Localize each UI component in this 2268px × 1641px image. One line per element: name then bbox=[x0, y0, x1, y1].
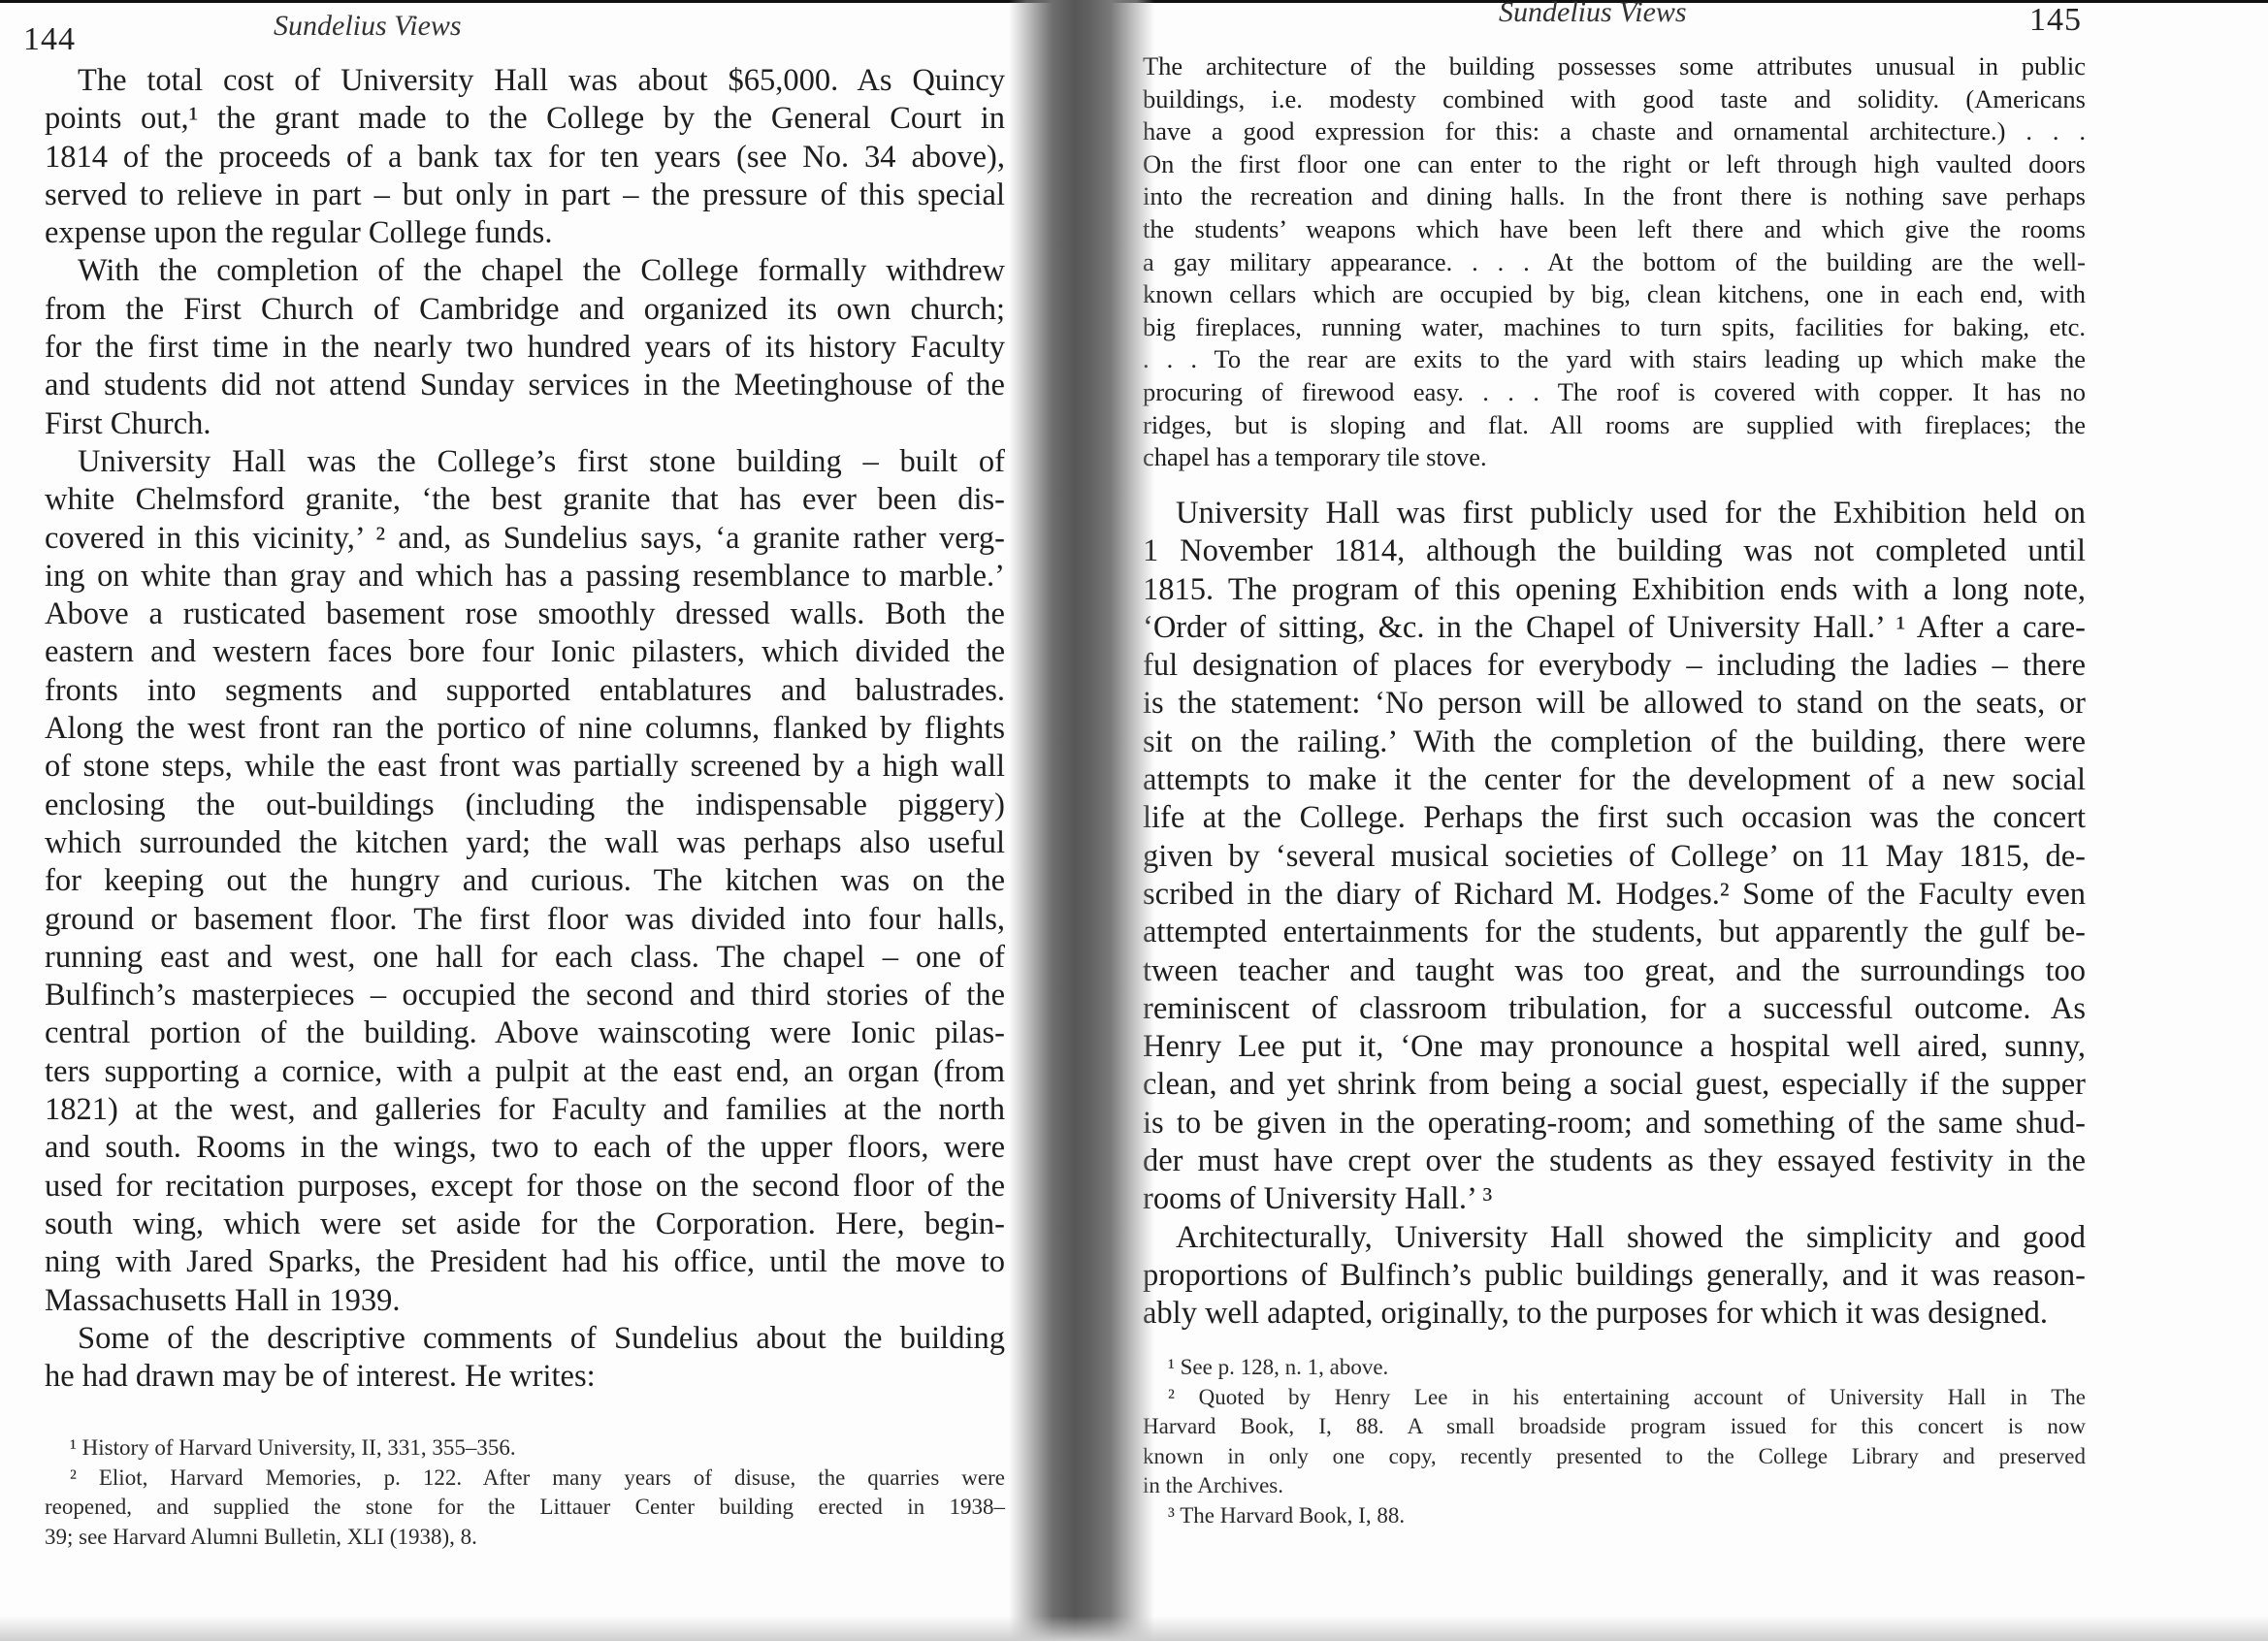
text-line: Henry Lee put it, ‘One may pronounce a h… bbox=[1143, 1028, 2086, 1066]
text-line: ground or basement floor. The first floo… bbox=[45, 901, 1005, 939]
text-line: tween teacher and taught was too great, … bbox=[1143, 952, 2086, 990]
text-line: given by ‘several musical societies of C… bbox=[1143, 838, 2086, 876]
text-line: attempted entertainments for the student… bbox=[1143, 914, 2086, 951]
text-line: and students did not attend Sunday servi… bbox=[45, 367, 1005, 404]
footnote-line: ³ The Harvard Book, I, 88. bbox=[1143, 1501, 2086, 1531]
block-quote: The architecture of the building possess… bbox=[1143, 50, 2086, 474]
text-line: enclosing the out-buildings (including t… bbox=[45, 787, 1005, 824]
text-line: used for recitation purposes, except for… bbox=[45, 1168, 1005, 1206]
footnote-line: ¹ See p. 128, n. 1, above. bbox=[1143, 1353, 2086, 1383]
text-line: Massachusetts Hall in 1939. bbox=[45, 1282, 1005, 1320]
text-line: fronts into segments and supported entab… bbox=[45, 672, 1005, 710]
text-line: and south. Rooms in the wings, two to ea… bbox=[45, 1129, 1005, 1167]
text-line: central portion of the building. Above w… bbox=[45, 1014, 1005, 1052]
text-line: sit on the railing.’ With the completion… bbox=[1143, 724, 2086, 761]
text-line: is to be given in the operating-room; an… bbox=[1143, 1105, 2086, 1142]
text-line: from the First Church of Cambridge and o… bbox=[45, 291, 1005, 329]
text-line: clean, and yet shrink from being a socia… bbox=[1143, 1066, 2086, 1104]
text-line: scribed in the diary of Richard M. Hodge… bbox=[1143, 876, 2086, 914]
text-line: big fireplaces, running water, machines … bbox=[1143, 311, 2086, 344]
text-line: University Hall was the College’s first … bbox=[45, 443, 1005, 481]
text-line: for the first time in the nearly two hun… bbox=[45, 329, 1005, 367]
text-line: buildings, i.e. modesty combined with go… bbox=[1143, 83, 2086, 116]
text-line: 1814 of the proceeds of a bank tax for t… bbox=[45, 139, 1005, 177]
text-line: eastern and western faces bore four Ioni… bbox=[45, 633, 1005, 671]
text-line: 1821) at the west, and galleries for Fac… bbox=[45, 1091, 1005, 1129]
footnote-line: known in only one copy, recently present… bbox=[1143, 1442, 2086, 1472]
text-line: expense upon the regular College funds. bbox=[45, 214, 1005, 252]
running-head: Sundelius Views bbox=[1499, 0, 1687, 29]
text-line: Architecturally, University Hall showed … bbox=[1143, 1219, 2086, 1257]
text-line: he had drawn may be of interest. He writ… bbox=[45, 1358, 1005, 1396]
text-line: ful designation of places for everybody … bbox=[1143, 647, 2086, 685]
text-line: of stone steps, while the east front was… bbox=[45, 748, 1005, 786]
text-line: rooms of University Hall.’ ³ bbox=[1143, 1180, 2086, 1218]
footnote-line: reopened, and supplied the stone for the… bbox=[45, 1493, 1005, 1523]
footnote-line: ² Eliot, Harvard Memories, p. 122. After… bbox=[45, 1464, 1005, 1494]
text-line: 1815. The program of this opening Exhibi… bbox=[1143, 571, 2086, 609]
footnote-line: ² Quoted by Henry Lee in his entertainin… bbox=[1143, 1383, 2086, 1413]
text-line: white Chelmsford granite, ‘the best gran… bbox=[45, 481, 1005, 519]
text-line: Bulfinch’s masterpieces – occupied the s… bbox=[45, 977, 1005, 1014]
right-page: Sundelius Views 145 The architecture of … bbox=[1125, 0, 2095, 1641]
text-line: der must have crept over the students as… bbox=[1143, 1142, 2086, 1180]
running-head: Sundelius Views bbox=[274, 10, 462, 43]
text-line: ters supporting a cornice, with a pulpit… bbox=[45, 1053, 1005, 1091]
footnotes: ¹ See p. 128, n. 1, above.² Quoted by He… bbox=[1143, 1353, 2086, 1530]
page-number: 144 bbox=[23, 21, 76, 58]
text-line: On the first floor one can enter to the … bbox=[1143, 148, 2086, 181]
text-line: ‘Order of sitting, &c. in the Chapel of … bbox=[1143, 609, 2086, 647]
footnote-line: Harvard Book, I, 88. A small broadside p… bbox=[1143, 1412, 2086, 1442]
text-line: With the completion of the chapel the Co… bbox=[45, 252, 1005, 290]
body-text: University Hall was first publicly used … bbox=[1143, 495, 2086, 1334]
footnote-line: in the Archives. bbox=[1143, 1471, 2086, 1501]
text-line: First Church. bbox=[45, 405, 1005, 443]
footnote-line: ¹ History of Harvard University, II, 331… bbox=[45, 1433, 1005, 1464]
text-line: for keeping out the hungry and curious. … bbox=[45, 862, 1005, 900]
text-line: ing on white than gray and which has a p… bbox=[45, 558, 1005, 595]
text-line: chapel has a temporary tile stove. bbox=[1143, 441, 2086, 474]
text-line: Above a rusticated basement rose smoothl… bbox=[45, 595, 1005, 633]
footnote-line: 39; see Harvard Alumni Bulletin, XLI (19… bbox=[45, 1523, 1005, 1553]
text-line: into the recreation and dining halls. In… bbox=[1143, 180, 2086, 213]
text-line: 1 November 1814, although the building w… bbox=[1143, 532, 2086, 570]
text-line: covered in this vicinity,’ ² and, as Sun… bbox=[45, 520, 1005, 558]
text-line: ably well adapted, originally, to the pu… bbox=[1143, 1295, 2086, 1333]
footnotes: ¹ History of Harvard University, II, 331… bbox=[45, 1433, 1005, 1552]
text-line: points out,¹ the grant made to the Colle… bbox=[45, 100, 1005, 138]
text-line: . . . To the rear are exits to the yard … bbox=[1143, 343, 2086, 376]
text-line: ning with Jared Sparks, the President ha… bbox=[45, 1243, 1005, 1281]
text-line: The architecture of the building possess… bbox=[1143, 50, 2086, 83]
text-line: Along the west front ran the portico of … bbox=[45, 710, 1005, 748]
book-spine-gutter bbox=[1009, 0, 1154, 1641]
text-line: reminiscent of classroom tribulation, fo… bbox=[1143, 990, 2086, 1028]
text-line: procuring of firewood easy. . . . The ro… bbox=[1143, 376, 2086, 409]
text-line: running east and west, one hall for each… bbox=[45, 939, 1005, 977]
text-line: the students’ weapons which have been le… bbox=[1143, 213, 2086, 246]
text-line: University Hall was first publicly used … bbox=[1143, 495, 2086, 532]
text-line: have a good expression for this: a chast… bbox=[1143, 115, 2086, 148]
text-line: which surrounded the kitchen yard; the w… bbox=[45, 824, 1005, 862]
text-line: The total cost of University Hall was ab… bbox=[45, 62, 1005, 100]
page-number: 145 bbox=[2029, 2, 2082, 39]
text-line: life at the College. Perhaps the first s… bbox=[1143, 799, 2086, 837]
text-line: known cellars which are occupied by big,… bbox=[1143, 278, 2086, 311]
text-line: a gay military appearance. . . . At the … bbox=[1143, 246, 2086, 279]
text-line: is the statement: ‘No person will be all… bbox=[1143, 685, 2086, 723]
text-line: Some of the descriptive comments of Sund… bbox=[45, 1320, 1005, 1358]
left-page: 144 Sundelius Views The total cost of Un… bbox=[0, 0, 1028, 1641]
text-line: south wing, which were set aside for the… bbox=[45, 1206, 1005, 1243]
text-line: served to relieve in part – but only in … bbox=[45, 177, 1005, 214]
text-line: ridges, but is sloping and flat. All roo… bbox=[1143, 409, 2086, 442]
scan-bottom-edge bbox=[0, 1616, 2268, 1641]
text-line: attempts to make it the center for the d… bbox=[1143, 761, 2086, 799]
body-text: The total cost of University Hall was ab… bbox=[45, 62, 1005, 1396]
text-line: proportions of Bulfinch’s public buildin… bbox=[1143, 1257, 2086, 1295]
